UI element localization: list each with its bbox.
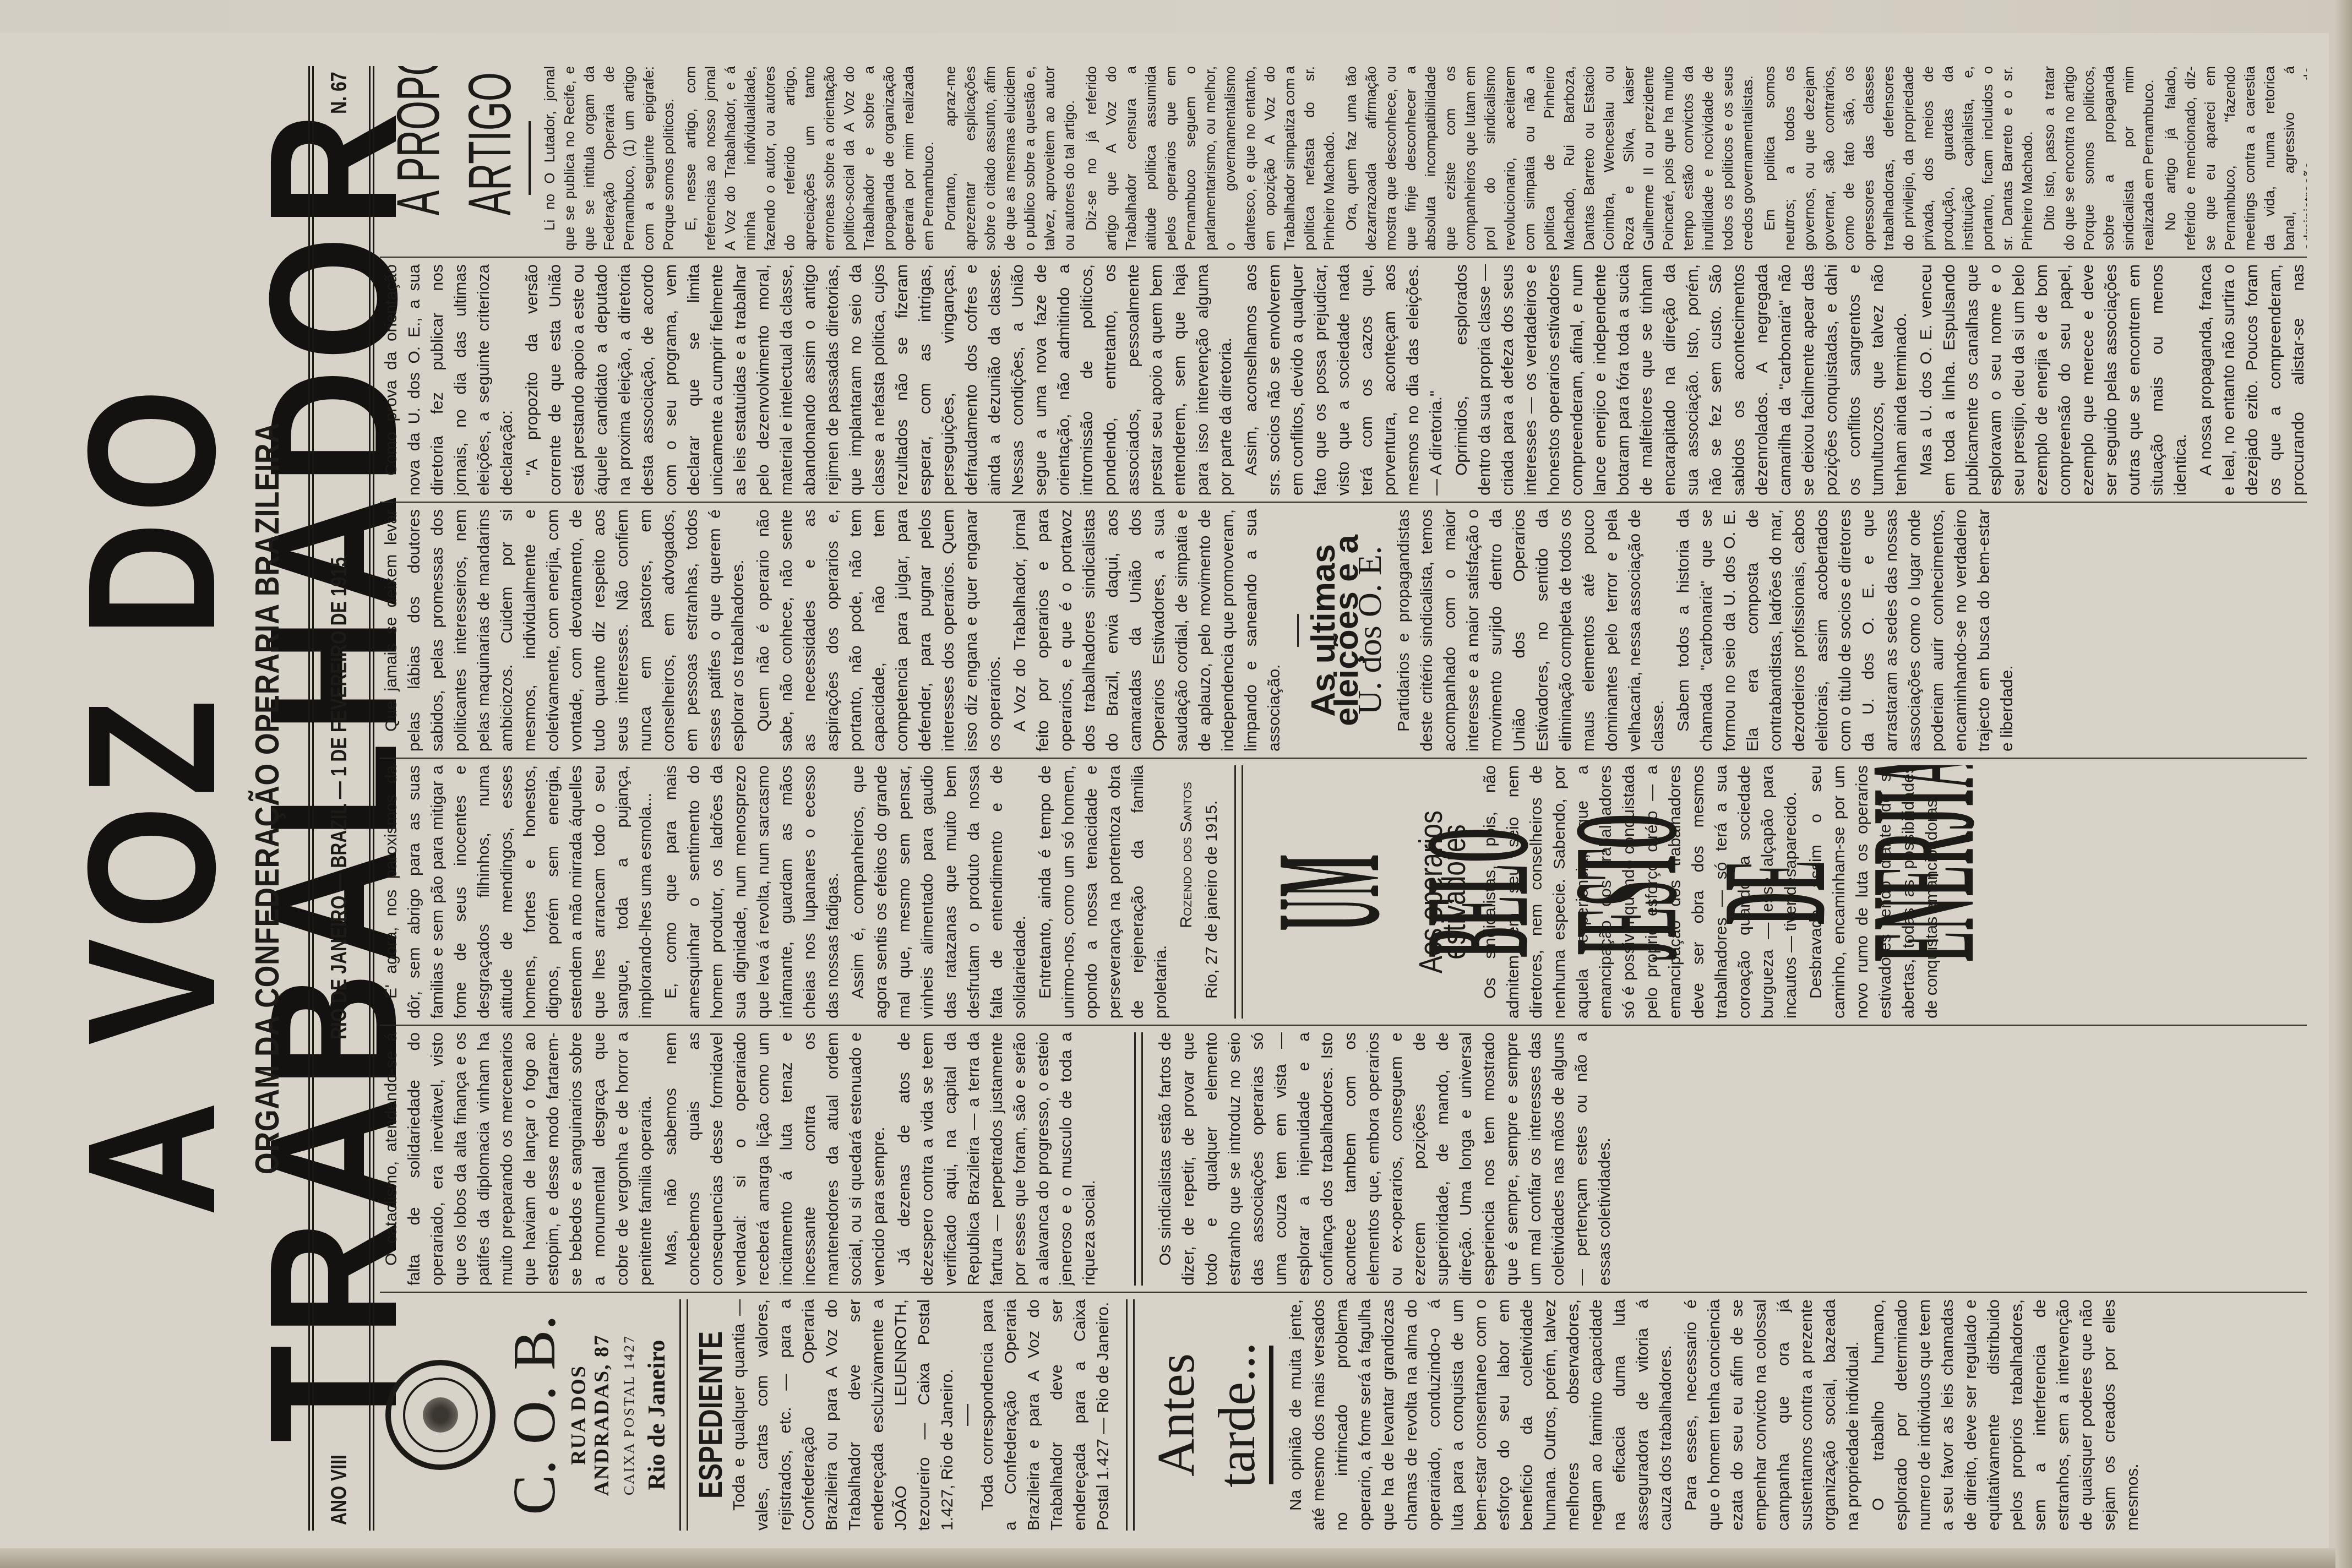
cob-address: RUA DOS ANDRADAS, 87 bbox=[567, 1299, 613, 1531]
propozito-paragraph: E, nesse artigo, com referencias ao noss… bbox=[680, 66, 938, 251]
eleicoes-paragraph: Oprimidos, esplorados dentro da sua prop… bbox=[1450, 264, 1913, 496]
antes-tarde-paragraph: O trabalho humano, esplorado por determi… bbox=[1867, 1299, 2144, 1531]
propozito-paragraph: Em politica somos neutros; a todos os go… bbox=[1760, 66, 2037, 251]
belo-jesto-paragraph: A Voz do Trabalhador, jornal feito por o… bbox=[1009, 509, 1286, 752]
newspaper-subtitle: ORGAM DA CONFEDERAÇÃO OPERARIA BRAZILEIR… bbox=[248, 198, 287, 1398]
issue-year: ANO VIII bbox=[327, 1455, 352, 1525]
eleicoes-paragraph: Como prova da orientação nova da U. dos … bbox=[380, 264, 519, 496]
eleicoes-paragraph: Mas a U. dos O. E. venceu em toda a linh… bbox=[1915, 264, 2192, 496]
column-rule bbox=[380, 257, 2307, 258]
belo-jesto-paragraph: Os sindicalistas estão fartos de dizer, … bbox=[1154, 1032, 1616, 1286]
propozito-heading: A PROPOZITO DE UM bbox=[385, 101, 451, 216]
propozito-paragraph: Ora, quem faz uma tão dezarrazoada afirm… bbox=[1341, 66, 1757, 251]
scanner-edge bbox=[2335, 0, 2352, 1568]
espediente-paragraph: Toda correspondencia para a Confederação… bbox=[976, 1299, 1115, 1531]
column-6: A PROPOZITO DE UM ARTIGO DO "O LUTADOR" … bbox=[380, 66, 2307, 251]
belo-jesto-paragraph: Quem não é operario não sabe, não conhec… bbox=[752, 509, 1006, 752]
lead-paragraph: Assim é, companheiros, que agora sentis … bbox=[847, 765, 1032, 1019]
scanner-edge bbox=[0, 1548, 2352, 1568]
column-rule bbox=[380, 502, 2307, 503]
propozito-paragraph: Portanto, apraz-me aprezentar esplicaçõe… bbox=[940, 66, 1079, 251]
masthead: A VOZ DO TRABALHADOR ORGAM DA CONFEDERAÇ… bbox=[22, 66, 297, 1531]
propozito-paragraph: Diz-se no já referido artigo que A Voz d… bbox=[1081, 66, 1339, 251]
espediente-paragraph: Toda e qualquer quantia — vales, cartas … bbox=[728, 1299, 959, 1531]
eleicoes-paragraph: Assim, aconselhamos aos srs. socios não … bbox=[1240, 264, 1448, 496]
espediente-heading: ESPEDIENTE bbox=[699, 1322, 722, 1507]
dateline-bar: ANO VIII RIO DE JANEIRO — BRAZIL — 1 DE … bbox=[308, 66, 374, 1531]
lead-dateplace: Rio, 27 de janeiro de 1915. bbox=[1200, 765, 1223, 1019]
propozito-paragraph: No artigo já falado, referido e menciona… bbox=[2160, 66, 2307, 251]
belo-jesto-subheading: Aos operarios estivadores bbox=[1419, 791, 1466, 993]
eleicoes-paragraph: Partidarios e propagandistas deste crité… bbox=[1392, 509, 1670, 752]
eleicoes-paragraph: Sabem todos a historia da chamada "carbo… bbox=[1672, 509, 2019, 752]
antes-tarde-heading: Antes tarde... bbox=[1146, 1299, 1267, 1531]
eleicoes-paragraph: "A propozito da versão corrente de que e… bbox=[521, 264, 1238, 496]
divider bbox=[1126, 1299, 1135, 1531]
propozito-heading-2: ARTIGO DO "O LUTADOR" bbox=[457, 101, 523, 216]
antes-tarde-paragraph: Para esses, necessario é que o homem ten… bbox=[1680, 1299, 1865, 1531]
divider bbox=[679, 1299, 688, 1531]
page-body: C. O. B. RUA DOS ANDRADAS, 87 CAIXA POST… bbox=[380, 66, 2307, 1531]
lead-paragraph: Entretanto, ainda é tempo de unirmo-nos,… bbox=[1034, 765, 1173, 1019]
lead-paragraph: O cataclismo, atendendo-se á falta de so… bbox=[380, 1032, 657, 1286]
column-3: E' agora, nos paroxismos da dôr, sem abr… bbox=[380, 765, 2307, 1019]
column-1: C. O. B. RUA DOS ANDRADAS, 87 CAIXA POST… bbox=[380, 1299, 2307, 1531]
heading-underline bbox=[529, 122, 531, 195]
lead-signature: Rozendo dos Santos bbox=[1175, 765, 1198, 1019]
lead-paragraph: Já dezenas de atos de dezespero contra a… bbox=[893, 1032, 1101, 1286]
cob-name: C. O. B. bbox=[501, 1299, 567, 1531]
propozito-paragraph: Dito isto, passo a tratar do que se enco… bbox=[2039, 66, 2158, 251]
belo-jesto-heading: UM BELO JESTO DE ENERJIA bbox=[1254, 823, 1532, 962]
divider bbox=[1234, 765, 1243, 1019]
cob-po-box: CAIXA POSTAL 1427 bbox=[618, 1299, 641, 1531]
lead-paragraph: Mas, não sabemos nem concebemos quais as… bbox=[660, 1032, 891, 1286]
divider bbox=[967, 1404, 968, 1426]
column-5: Como prova da orientação nova da U. dos … bbox=[380, 264, 2307, 496]
heading-underline bbox=[1269, 1346, 1273, 1484]
column-4: Que jamais se deixem levar pelas lábias … bbox=[380, 509, 2307, 752]
divider bbox=[1134, 1032, 1143, 1286]
column-rule bbox=[380, 758, 2307, 759]
column-rule bbox=[380, 1025, 2307, 1026]
issue-date: RIO DE JANEIRO — BRAZIL — 1 DE FEVEREIRO… bbox=[327, 213, 352, 1384]
cob-city: Rio de Janeiro bbox=[645, 1299, 668, 1531]
issue-number: N. 67 bbox=[327, 72, 352, 113]
newspaper-page: A VOZ DO TRABALHADOR ORGAM DA CONFEDERAÇ… bbox=[0, 33, 2329, 1564]
cob-box: C. O. B. RUA DOS ANDRADAS, 87 CAIXA POST… bbox=[385, 1299, 668, 1531]
column-rule bbox=[380, 1292, 2307, 1293]
column-2: O cataclismo, atendendo-se á falta de so… bbox=[380, 1032, 2307, 1286]
divider bbox=[1297, 614, 1299, 647]
eleicoes-paragraph: A nossa propaganda, franca e leal, no en… bbox=[2195, 264, 2307, 496]
antes-tarde-paragraph: Na opinião de muita jente, até mesmo dos… bbox=[1284, 1299, 1678, 1531]
lead-paragraph: E' agora, nos paroxismos da dôr, sem abr… bbox=[380, 765, 657, 1019]
cob-seal-icon bbox=[385, 1360, 496, 1470]
lead-paragraph: E, como que para mais amesquinhar o sent… bbox=[660, 765, 845, 1019]
belo-jesto-paragraph: Que jamais se deixem levar pelas lábias … bbox=[380, 509, 750, 752]
propozito-paragraph: Li no O Lutador, jornal que se publica n… bbox=[540, 66, 678, 251]
